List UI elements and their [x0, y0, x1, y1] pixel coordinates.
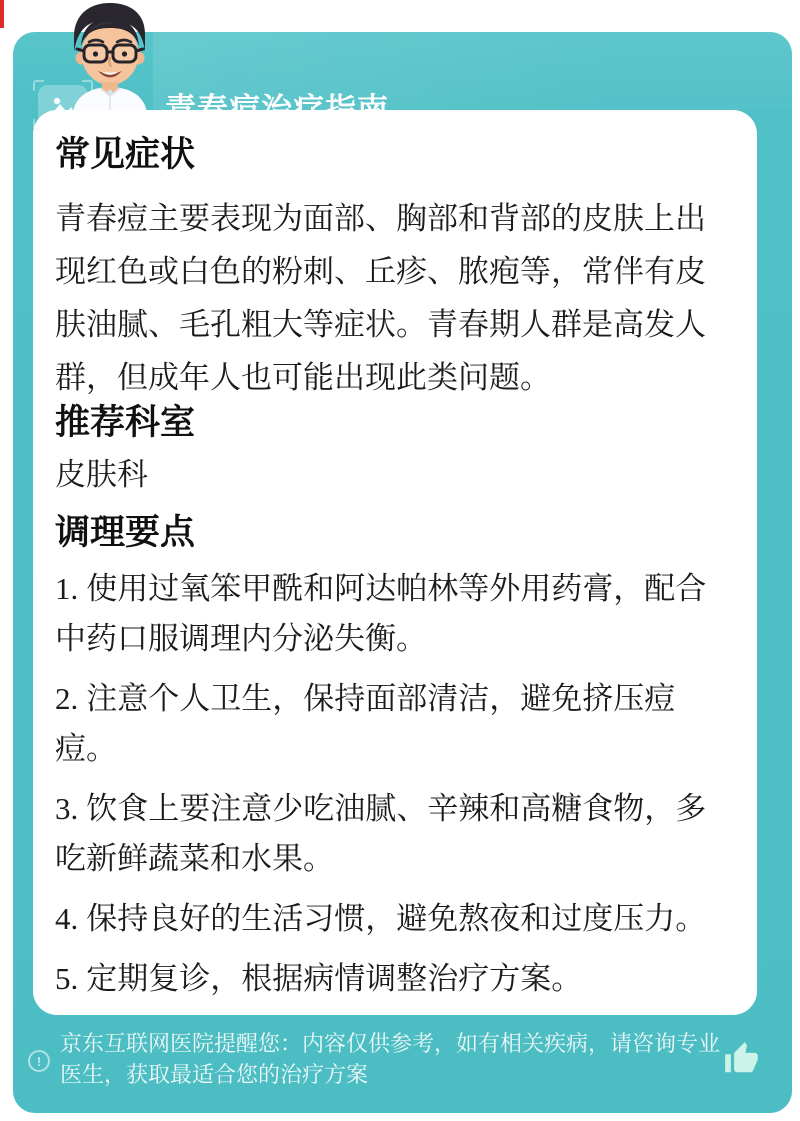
info-circle-icon: !	[28, 1050, 50, 1072]
page: 青春痘治疗指南 常见症状	[0, 0, 800, 1121]
content-card: 常见症状 青春痘主要表现为面部、胸部和背部的皮肤上出现红色或白色的粉刺、丘疹、脓…	[33, 110, 757, 1015]
list-item: 5.定期复诊，根据病情调整治疗方案。	[55, 954, 735, 1004]
list-item-text: 保持良好的生活习惯，避免熬夜和过度压力。	[86, 901, 706, 936]
symptoms-heading: 常见症状	[55, 136, 735, 174]
list-item: 2.注意个人卫生，保持面部清洁，避免挤压痘痘。	[55, 674, 735, 774]
edge-artifact-strip	[0, 0, 4, 28]
thumb-up-icon	[722, 1039, 760, 1077]
list-item: 4.保持良好的生活习惯，避免熬夜和过度压力。	[55, 894, 735, 944]
list-item-number: 3.	[55, 791, 78, 826]
list-item-number: 2.	[55, 681, 78, 716]
list-item-number: 4.	[55, 901, 78, 936]
department-body: 皮肤科	[55, 454, 735, 496]
list-item-text: 注意个人卫生，保持面部清洁，避免挤压痘痘。	[55, 681, 675, 766]
thumb-up-button[interactable]	[722, 1039, 760, 1077]
symptoms-body: 青春痘主要表现为面部、胸部和背部的皮肤上出现红色或白色的粉刺、丘疹、脓疱等，常伴…	[55, 192, 735, 404]
doctor-avatar	[55, 0, 165, 113]
department-heading: 推荐科室	[55, 404, 735, 442]
list-item: 1.使用过氧笨甲酰和阿达帕林等外用药膏，配合中药口服调理内分泌失衡。	[55, 564, 735, 664]
list-item: 3.饮食上要注意少吃油腻、辛辣和高糖食物，多吃新鲜蔬菜和水果。	[55, 784, 735, 884]
list-item-text: 定期复诊，根据病情调整治疗方案。	[86, 961, 582, 996]
tips-list: 1.使用过氧笨甲酰和阿达帕林等外用药膏，配合中药口服调理内分泌失衡。 2.注意个…	[55, 564, 735, 1004]
list-item-number: 5.	[55, 961, 78, 996]
disclaimer-text: 京东互联网医院提醒您：内容仅供参考，如有相关疾病，请咨询专业医生，获取最适合您的…	[60, 1028, 726, 1090]
list-item-text: 饮食上要注意少吃油腻、辛辣和高糖食物，多吃新鲜蔬菜和水果。	[55, 791, 706, 876]
list-item-text: 使用过氧笨甲酰和阿达帕林等外用药膏，配合中药口服调理内分泌失衡。	[55, 571, 706, 656]
list-item-number: 1.	[55, 571, 78, 606]
tips-heading: 调理要点	[55, 514, 735, 552]
